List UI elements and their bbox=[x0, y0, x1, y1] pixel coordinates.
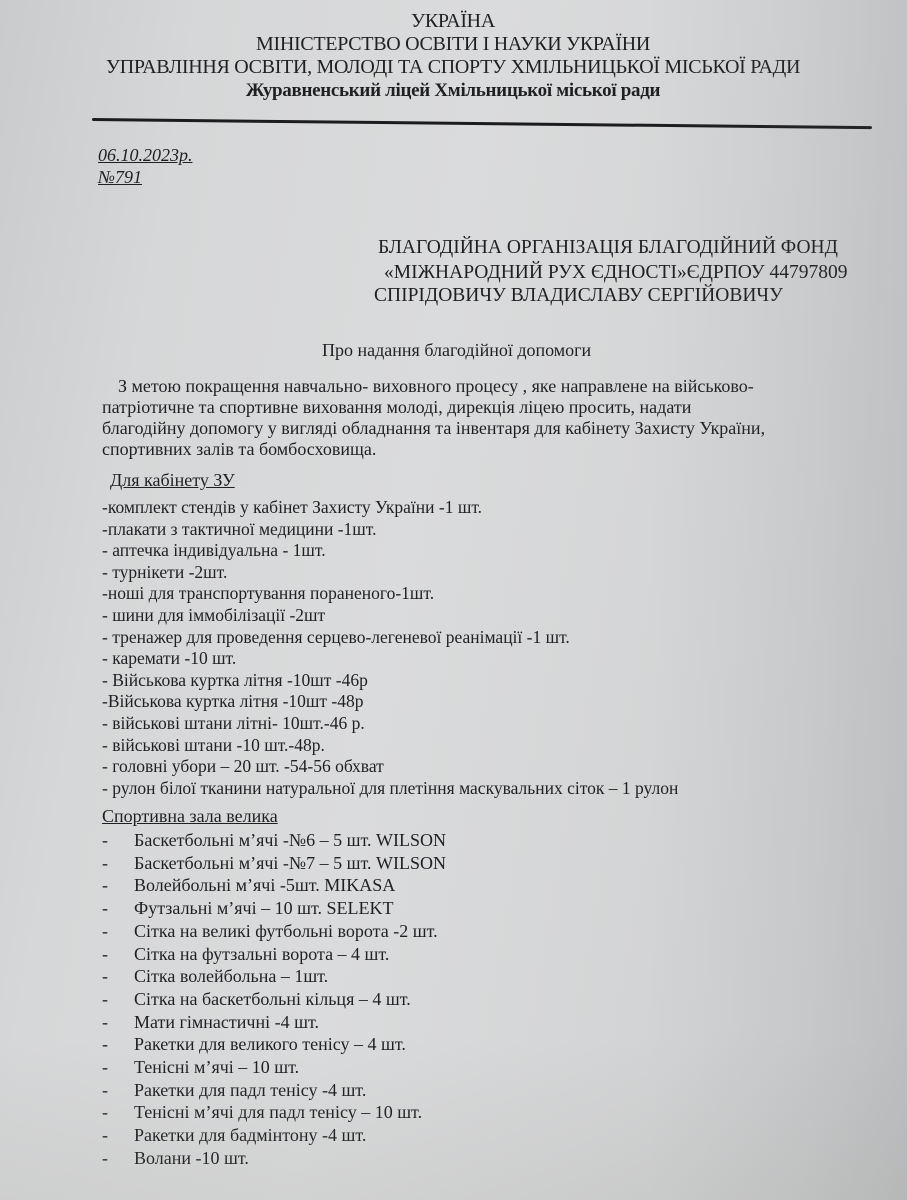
bullet-dash: - bbox=[102, 943, 108, 966]
section-title-zu-cabinet: Для кабінету ЗУ bbox=[110, 470, 235, 491]
letterhead: УКРАЇНА МІНІСТЕРСТВО ОСВІТИ І НАУКИ УКРА… bbox=[0, 10, 907, 102]
list-item: -Військова куртка літня -10шт -48р bbox=[102, 691, 678, 713]
list-item: -Мати гімнастичні -4 шт. bbox=[102, 1011, 446, 1034]
list-item: -Волани -10 шт. bbox=[102, 1147, 446, 1170]
section-title-sports-hall: Спортивна зала велика bbox=[102, 806, 278, 827]
document-subject: Про надання благодійної допомоги bbox=[322, 340, 591, 361]
bullet-dash: - bbox=[102, 1147, 108, 1170]
recipient-line-2: «МІЖНАРОДНИЙ РУХ ЄДНОСТІ»ЄДРПОУ 44797809 bbox=[384, 261, 847, 284]
document-meta: 06.10.2023р. №791 bbox=[98, 144, 193, 188]
body-line: З метою покращення навчально- виховного … bbox=[102, 376, 802, 397]
recipient-line-3: СПІРІДОВИЧУ ВЛАДИСЛАВУ СЕРГІЙОВИЧУ bbox=[374, 284, 847, 307]
bullet-dash: - bbox=[102, 988, 108, 1011]
list-item: - тренажер для проведення серцево-легене… bbox=[102, 627, 678, 649]
list-item: - військові штани -10 шт.-48р. bbox=[102, 735, 678, 757]
document-number: №791 bbox=[98, 166, 193, 188]
sports-hall-list: -Баскетбольні м’ячі -№6 – 5 шт. WILSON -… bbox=[102, 829, 446, 1170]
list-item: -Ракетки для падл тенісу -4 шт. bbox=[102, 1079, 446, 1102]
body-line: благодійну допомогу у вигляді обладнання… bbox=[102, 418, 802, 439]
bullet-dash: - bbox=[102, 1101, 108, 1124]
bullet-dash: - bbox=[102, 852, 108, 875]
list-item: - шини для іммобілізації -2шт bbox=[102, 605, 678, 627]
document-date: 06.10.2023р. bbox=[98, 144, 193, 166]
list-item: -Сітка на великі футбольні ворота -2 шт. bbox=[102, 920, 446, 943]
bullet-dash: - bbox=[102, 1011, 108, 1034]
list-item: - рулон білої тканини натуральної для пл… bbox=[102, 778, 678, 800]
list-item: -Тенісні м’ячі – 10 шт. bbox=[102, 1056, 446, 1079]
body-paragraph: З метою покращення навчально- виховного … bbox=[102, 376, 802, 460]
list-item: - військові штани літні- 10шт.-46 р. bbox=[102, 713, 678, 735]
bullet-dash: - bbox=[102, 829, 108, 852]
bullet-dash: - bbox=[102, 920, 108, 943]
zu-cabinet-list: -комплект стендів у кабінет Захисту Укра… bbox=[102, 497, 678, 799]
list-item: -Ракетки для великого тенісу – 4 шт. bbox=[102, 1033, 446, 1056]
list-item: - аптечка індивідуальна - 1шт. bbox=[102, 540, 678, 562]
recipient-line-1: БЛАГОДІЙНА ОРГАНІЗАЦІЯ БЛАГОДІЙНИЙ ФОНД bbox=[378, 236, 847, 259]
list-item: -Баскетбольні м’ячі -№7 – 5 шт. WILSON bbox=[102, 852, 446, 875]
bullet-dash: - bbox=[102, 897, 108, 920]
bullet-dash: - bbox=[102, 1079, 108, 1102]
recipient-block: БЛАГОДІЙНА ОРГАНІЗАЦІЯ БЛАГОДІЙНИЙ ФОНД … bbox=[378, 236, 847, 307]
bullet-dash: - bbox=[102, 874, 108, 897]
list-item: -ноші для транспортування пораненого-1шт… bbox=[102, 583, 678, 605]
list-item: -Ракетки для бадмінтону -4 шт. bbox=[102, 1124, 446, 1147]
list-item: -Волейбольні м’ячі -5шт. MIKASA bbox=[102, 874, 446, 897]
bullet-dash: - bbox=[102, 965, 108, 988]
list-item: - головні убори – 20 шт. -54-56 обхват bbox=[102, 756, 678, 778]
letterhead-department: УПРАВЛІННЯ ОСВІТИ, МОЛОДІ ТА СПОРТУ ХМІЛ… bbox=[0, 56, 907, 79]
letterhead-institution: Журавненський ліцей Хмільницької міської… bbox=[0, 79, 907, 102]
list-item: - турнікети -2шт. bbox=[102, 562, 678, 584]
letterhead-ministry: МІНІСТЕРСТВО ОСВІТИ І НАУКИ УКРАЇНИ bbox=[0, 33, 907, 56]
document-page: УКРАЇНА МІНІСТЕРСТВО ОСВІТИ І НАУКИ УКРА… bbox=[0, 0, 907, 1200]
list-item: -Сітка на футзальні ворота – 4 шт. bbox=[102, 943, 446, 966]
list-item: -Сітка волейбольна – 1шт. bbox=[102, 965, 446, 988]
list-item: - Військова куртка літня -10шт -46р bbox=[102, 670, 678, 692]
list-item: -Сітка на баскетбольні кільця – 4 шт. bbox=[102, 988, 446, 1011]
bullet-dash: - bbox=[102, 1056, 108, 1079]
letterhead-country: УКРАЇНА bbox=[0, 10, 907, 33]
list-item: -Футзальні м’ячі – 10 шт. SELEKT bbox=[102, 897, 446, 920]
list-item: -Баскетбольні м’ячі -№6 – 5 шт. WILSON bbox=[102, 829, 446, 852]
photo-shading bbox=[647, 0, 907, 1200]
list-item: -комплект стендів у кабінет Захисту Укра… bbox=[102, 497, 678, 519]
list-item: - каремати -10 шт. bbox=[102, 648, 678, 670]
list-item: -плакати з тактичної медицини -1шт. bbox=[102, 519, 678, 541]
letterhead-divider bbox=[92, 118, 872, 129]
bullet-dash: - bbox=[102, 1124, 108, 1147]
body-line: спортивних залів та бомбосховища. bbox=[102, 439, 802, 460]
list-item: -Тенісні м’ячі для падл тенісу – 10 шт. bbox=[102, 1101, 446, 1124]
bullet-dash: - bbox=[102, 1033, 108, 1056]
body-line: патріотичне та спортивне виховання молод… bbox=[102, 397, 802, 418]
